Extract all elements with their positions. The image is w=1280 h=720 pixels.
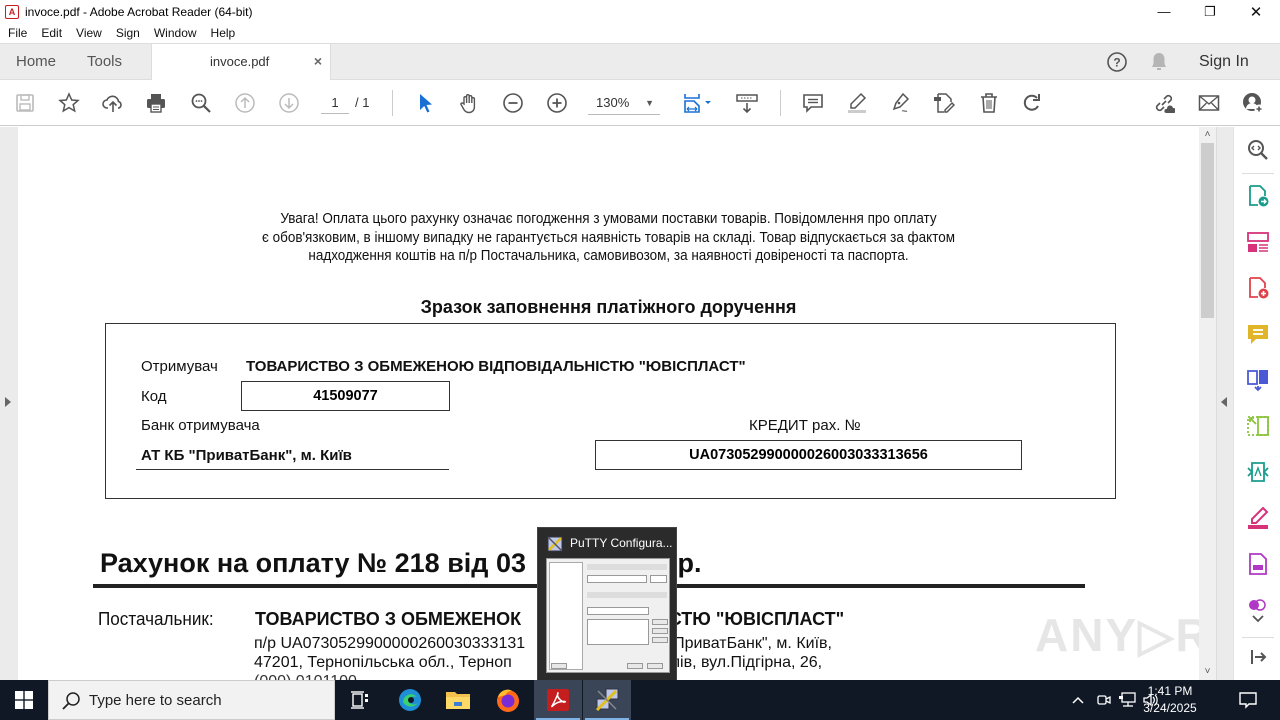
acrobat-taskbar-icon[interactable] — [534, 680, 582, 720]
protect-icon[interactable] — [1246, 552, 1270, 576]
menu-help[interactable]: Help — [211, 26, 236, 40]
window-title: invoce.pdf - Adobe Acrobat Reader (64-bi… — [25, 5, 252, 19]
toolbar-divider — [780, 90, 781, 116]
recipient-value: ТОВАРИСТВО З ОБМЕЖЕНОЮ ВІДПОВІДАЛЬНІСТЮ … — [246, 358, 746, 375]
add-user-icon[interactable] — [1241, 91, 1265, 115]
system-clock[interactable]: 1:41 PM 3/24/2025 — [1138, 683, 1202, 717]
task-view-icon[interactable] — [336, 680, 384, 720]
expand-left-panel-icon[interactable] — [5, 397, 11, 407]
export-pdf-icon[interactable] — [1246, 184, 1270, 208]
recipient-label: Отримувач — [141, 358, 218, 375]
scan-ocr-icon[interactable] — [1246, 460, 1270, 484]
panel-divider — [1242, 173, 1274, 174]
supplier-label: Постачальник: — [98, 609, 214, 630]
title-bar: A invoce.pdf - Adobe Acrobat Reader (64-… — [0, 0, 1280, 23]
notifications-bell-icon[interactable] — [1149, 44, 1169, 80]
vertical-scrollbar[interactable]: ˄ ˅ — [1199, 127, 1216, 680]
rotate-icon[interactable] — [1020, 91, 1044, 115]
meet-now-icon[interactable] — [1096, 680, 1112, 720]
edge-browser-icon[interactable] — [386, 680, 434, 720]
search-icon — [61, 691, 81, 711]
chevron-down-icon[interactable] — [1246, 613, 1270, 625]
compress-icon[interactable] — [1246, 414, 1270, 438]
scroll-up-icon[interactable]: ˄ — [1199, 127, 1216, 143]
show-hidden-icons[interactable] — [1071, 680, 1085, 720]
tab-document[interactable]: invoce.pdf × — [151, 44, 331, 81]
menu-window[interactable]: Window — [154, 26, 197, 40]
taskbar-search-box[interactable]: Type here to search — [48, 680, 335, 720]
minimize-button[interactable]: — — [1141, 0, 1187, 23]
menu-file[interactable]: File — [8, 26, 27, 40]
tab-home[interactable]: Home — [16, 44, 56, 80]
comment-tool-icon[interactable] — [1246, 322, 1270, 346]
fit-page-icon[interactable] — [680, 91, 714, 115]
page-total: / 1 — [355, 95, 369, 110]
putty-preview-title: PuTTY Configura... — [570, 536, 673, 550]
sign-in-button[interactable]: Sign In — [1199, 44, 1249, 80]
putty-taskbar-preview[interactable]: PuTTY Configura... — [537, 527, 677, 682]
tab-tools[interactable]: Tools — [87, 44, 122, 80]
sample-title: Зразок заповнення платіжного доручення — [18, 297, 1199, 318]
zoom-level-value: 130% — [596, 95, 629, 110]
share-link-icon[interactable] — [1152, 91, 1176, 115]
bank-value: АТ КБ "ПриватБанк", м. Київ — [141, 447, 352, 464]
putty-taskbar-icon[interactable] — [583, 680, 631, 720]
find-icon[interactable] — [189, 91, 213, 115]
windows-taskbar: Type here to search 1:41 PM 3/24/2025 — [0, 680, 1280, 720]
expand-panel-icon[interactable] — [1246, 645, 1270, 669]
more-tools-icon[interactable] — [1246, 596, 1270, 612]
comment-icon[interactable] — [801, 91, 825, 115]
menu-sign[interactable]: Sign — [116, 26, 140, 40]
bank-label: Банк отримувача — [141, 417, 260, 434]
payment-notice: Увага! Оплата цього рахунку означає пого… — [59, 210, 1157, 266]
close-tab-icon[interactable]: × — [314, 53, 322, 69]
hand-icon[interactable] — [457, 91, 481, 115]
search-zoom-icon[interactable] — [1246, 138, 1270, 162]
scroll-thumb[interactable] — [1201, 143, 1214, 318]
save-icon[interactable] — [13, 91, 37, 115]
print-icon[interactable] — [144, 91, 168, 115]
putty-icon — [546, 535, 564, 553]
delete-icon[interactable] — [977, 91, 1001, 115]
firefox-icon[interactable] — [484, 680, 532, 720]
panel-divider — [1242, 637, 1274, 638]
scroll-mode-icon[interactable] — [735, 91, 759, 115]
page-up-icon[interactable] — [233, 91, 257, 115]
right-panel-toggle[interactable] — [1216, 127, 1233, 680]
clock-time: 1:41 PM — [1138, 683, 1202, 700]
organize-pages-icon[interactable] — [1246, 230, 1270, 254]
notification-center-icon[interactable] — [1238, 680, 1258, 720]
edit-pdf-icon[interactable] — [932, 91, 956, 115]
svg-text:?: ? — [1113, 56, 1120, 70]
page-number-input[interactable]: 1 — [321, 94, 349, 114]
payment-sample-form: Отримувач ТОВАРИСТВО З ОБМЕЖЕНОЮ ВІДПОВІ… — [105, 323, 1116, 499]
fill-sign-icon[interactable] — [1246, 506, 1270, 530]
close-window-button[interactable]: ✕ — [1233, 0, 1279, 23]
chevron-down-icon: ▼ — [645, 93, 654, 113]
main-toolbar: 1 / 1 130% ▼ — [0, 80, 1280, 126]
windows-logo-icon — [15, 691, 33, 709]
highlight-icon[interactable] — [845, 91, 869, 115]
upload-cloud-icon[interactable] — [101, 91, 125, 115]
right-tools-panel — [1233, 127, 1280, 680]
network-icon[interactable] — [1118, 680, 1136, 720]
bookmark-star-icon[interactable] — [57, 91, 81, 115]
scroll-down-icon[interactable]: ˅ — [1199, 664, 1216, 680]
bank-underline — [136, 469, 449, 470]
collapse-right-panel-icon[interactable] — [1221, 397, 1227, 407]
help-icon[interactable]: ? — [1106, 44, 1128, 80]
putty-preview-thumbnail — [546, 558, 670, 673]
credit-account-label: КРЕДИТ рах. № — [749, 417, 861, 434]
code-value: 41509077 — [241, 381, 450, 411]
select-cursor-icon[interactable] — [413, 91, 437, 115]
menu-bar: File Edit View Sign Window Help — [0, 23, 1280, 43]
code-label: Код — [141, 388, 167, 405]
zoom-out-icon[interactable] — [501, 91, 525, 115]
page-down-icon[interactable] — [277, 91, 301, 115]
left-panel-toggle[interactable] — [0, 127, 18, 680]
create-pdf-icon[interactable] — [1246, 276, 1270, 300]
toolbar-divider — [392, 90, 393, 116]
sign-pen-icon[interactable] — [888, 91, 912, 115]
maximize-button[interactable]: ❐ — [1187, 0, 1233, 23]
search-placeholder: Type here to search — [89, 692, 222, 709]
zoom-in-icon[interactable] — [545, 91, 569, 115]
zoom-level-select[interactable]: 130% ▼ — [588, 93, 660, 115]
credit-account-value: UA073052990000026003033313656 — [595, 440, 1022, 470]
clock-date: 3/24/2025 — [1138, 700, 1202, 717]
email-icon[interactable] — [1197, 91, 1221, 115]
start-button[interactable] — [0, 680, 48, 720]
acrobat-app-icon: A — [5, 5, 19, 19]
tab-document-label: invoce.pdf — [210, 54, 269, 69]
tab-bar: Home Tools invoce.pdf × ? Sign In — [0, 43, 1280, 80]
combine-files-icon[interactable] — [1246, 368, 1270, 392]
supplier-phone-line: (000) 0101100 — [254, 673, 357, 680]
file-explorer-icon[interactable] — [434, 680, 482, 720]
menu-edit[interactable]: Edit — [41, 26, 62, 40]
menu-view[interactable]: View — [76, 26, 102, 40]
